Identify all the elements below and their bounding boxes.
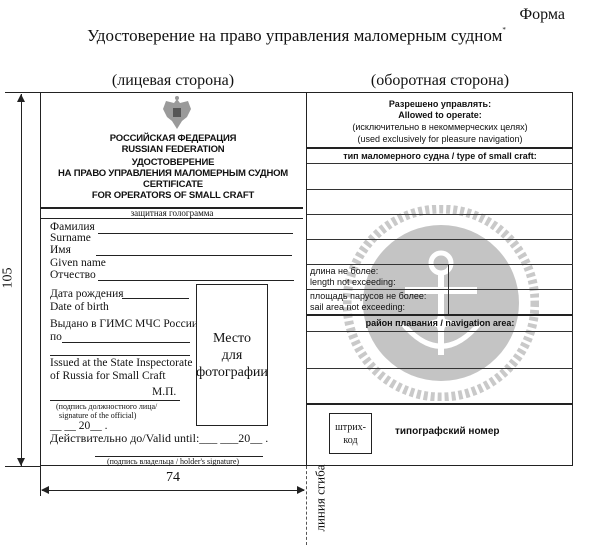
front-side-label: (лицевая сторона): [40, 72, 306, 90]
arrow-up-icon: [17, 94, 25, 102]
patronymic-field[interactable]: [98, 280, 294, 281]
header-cert-ru-2: НА ПРАВО УПРАВЛЕНИЯ МАЛОМЕРНЫМ СУДНОМ: [40, 168, 306, 179]
sail-label-en: sail area not exceeding:: [310, 302, 405, 313]
photo-text-3: фотографии: [196, 364, 268, 381]
issued-label-en-2: of Russia for Small Craft: [50, 370, 166, 383]
hologram-label: защитная голограмма: [41, 209, 303, 218]
height-dimension-label: 105: [1, 268, 17, 289]
document-title: Удостоверение на право управления маломе…: [0, 26, 593, 46]
arrow-down-icon: [17, 458, 25, 466]
official-signature-field[interactable]: [50, 400, 180, 401]
allowed-label-ru: Разрешено управлять:: [307, 99, 573, 110]
title-text: Удостоверение на право управления маломе…: [87, 26, 502, 45]
noncommercial-label-ru: (исключительно в некоммерческих целях): [307, 122, 573, 133]
print-number-label: типографский номер: [395, 426, 500, 437]
height-dimension-line: [21, 94, 22, 466]
valid-until-field[interactable]: Действительно до/Valid until:___ ___20__…: [50, 432, 268, 445]
dimension-tick: [5, 92, 40, 93]
barcode-text-1: штрих-: [335, 421, 366, 434]
divider: [307, 403, 573, 405]
craft-type-row-4[interactable]: [307, 264, 573, 265]
holder-signature-label: (подпись владельца / holder's signature): [40, 457, 306, 466]
divider: [307, 163, 573, 164]
back-side-label: (оборотная сторона): [307, 72, 573, 90]
divider: [41, 218, 303, 219]
divider: [307, 147, 573, 149]
name-label-ru: Имя: [50, 244, 71, 257]
allowed-label-en: Allowed to operate:: [307, 110, 573, 121]
navigation-area-row[interactable]: [307, 368, 573, 369]
dimension-tick: [5, 466, 40, 467]
header-country-ru: РОССИЙСКАЯ ФЕДЕРАЦИЯ: [40, 133, 306, 144]
length-label-ru: длина не более:: [310, 266, 378, 277]
surname-field[interactable]: [98, 233, 293, 234]
divider: [307, 331, 573, 332]
patronymic-label: Отчество: [50, 269, 96, 282]
fold-line-dashed: [306, 466, 307, 545]
form-label: Форма: [519, 6, 565, 24]
dob-label-en: Date of birth: [50, 301, 109, 314]
photo-text-2: для: [196, 347, 268, 364]
arrow-left-icon: [41, 486, 49, 494]
dob-label-ru: Дата рождения: [50, 288, 124, 301]
divider: [307, 289, 573, 290]
coat-of-arms-icon: [160, 95, 194, 133]
width-dimension-label: 74: [40, 470, 306, 486]
issued-po-label: по: [50, 331, 62, 344]
header-cert-en-2: FOR OPERATORS OF SMALL CRAFT: [40, 190, 306, 201]
craft-type-row-2[interactable]: [307, 214, 573, 215]
craft-type-row-1[interactable]: [307, 189, 573, 190]
issued-label-en-1: Issued at the State Inspectorate: [50, 357, 192, 370]
footnote-mark: *: [502, 26, 506, 34]
width-dimension-line: [42, 490, 304, 491]
name-field[interactable]: [96, 255, 292, 256]
issued-by-field-2[interactable]: [50, 355, 190, 356]
noncommercial-label-en: (used exclusively for pleasure navigatio…: [307, 134, 573, 145]
official-signature-label-2: signature of the official): [59, 411, 136, 420]
barcode-text-2: код: [335, 434, 366, 447]
divider: [307, 314, 573, 316]
photo-placeholder: Место для фотографии: [196, 284, 268, 426]
craft-type-label: тип маломерного судна / type of small cr…: [307, 151, 573, 162]
sail-label-ru: площадь парусов не более:: [310, 291, 426, 302]
dob-field[interactable]: [122, 298, 189, 299]
header-cert-en-1: CERTIFICATE: [40, 179, 306, 190]
barcode-placeholder: штрих- код: [329, 413, 372, 454]
header-country-en: RUSSIAN FEDERATION: [40, 144, 306, 155]
header-cert-ru-1: УДОСТОВЕРЕНИЕ: [40, 157, 306, 168]
craft-type-row-3[interactable]: [307, 239, 573, 240]
issued-label-ru: Выдано в ГИМС МЧС России: [50, 318, 198, 331]
navigation-area-label: район плавания / navigation area:: [307, 318, 573, 329]
photo-text-1: Место: [196, 330, 268, 347]
official-signature-label-1: (подпись должностного лица/: [56, 402, 157, 411]
issued-by-field[interactable]: [62, 342, 190, 343]
fold-line-label: линия сгиба: [313, 464, 329, 531]
length-label-en: length not exceeding:: [310, 277, 396, 288]
arrow-right-icon: [297, 486, 305, 494]
stamp-label: М.П.: [152, 386, 176, 399]
